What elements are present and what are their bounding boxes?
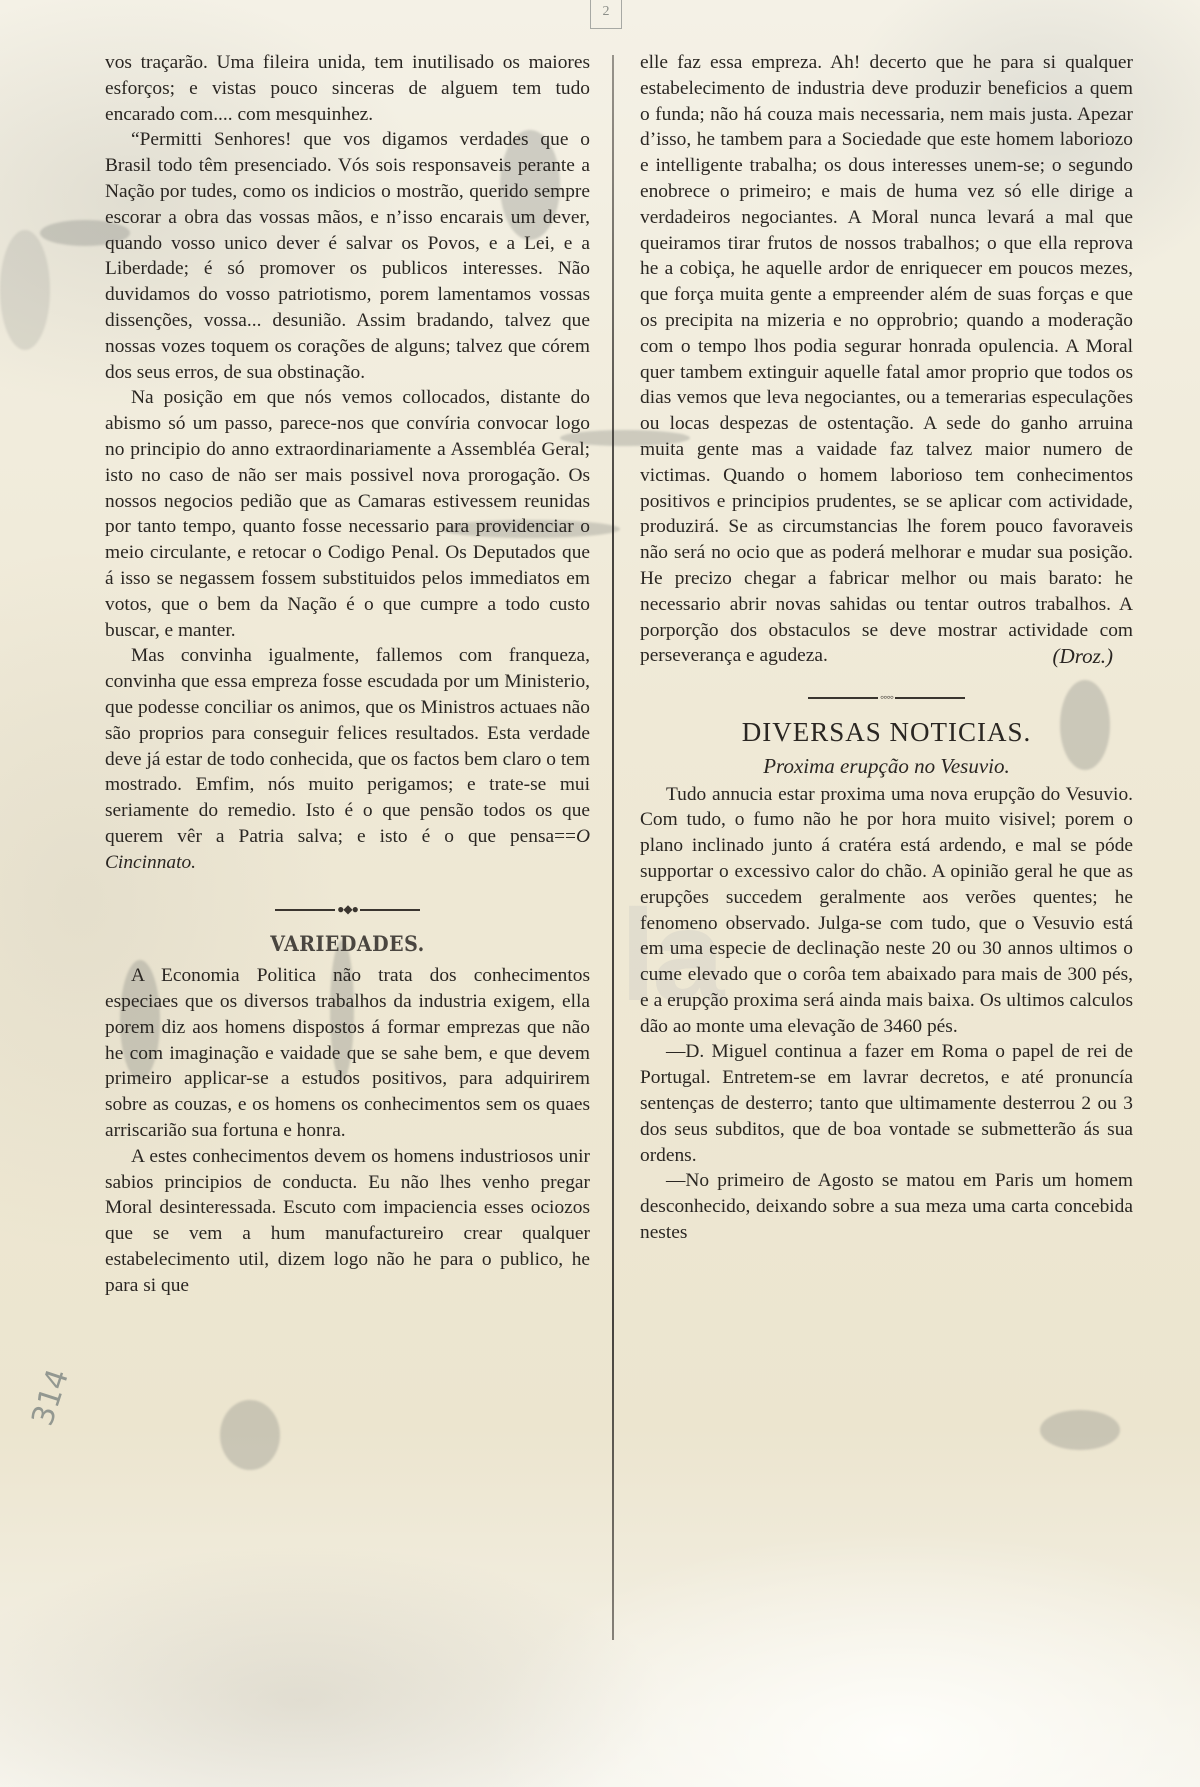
water-stain [0, 230, 50, 350]
section-title-variedades: VARIEDADES. [105, 930, 590, 960]
right-column: elle faz essa empreza. Ah! decerto que h… [640, 50, 1133, 1246]
newspaper-page: 2 la 314 vos traçarão. Uma fileira unida… [0, 0, 1200, 1787]
ornament-knot-icon: ◦◦◦◦ [878, 685, 895, 711]
paragraph-text: Mas convinha igualmente, fallemos com fr… [105, 645, 590, 847]
water-stain [1040, 1410, 1120, 1450]
rule-line [360, 909, 420, 911]
paragraph: “Permitti Senhores! que vos digamos verd… [105, 127, 590, 385]
rule-line [808, 697, 878, 699]
paragraph-with-signature: Mas convinha igualmente, fallemos com fr… [105, 643, 590, 875]
news-paragraph: —D. Miguel continua a fazer em Roma o pa… [640, 1039, 1133, 1168]
page-number: 2 [590, 0, 622, 29]
section-ornament: ◦◦◦◦ [640, 684, 1133, 712]
section-title-diversas-noticias: DIVERSAS NOTICIAS. [640, 720, 1133, 746]
paragraph: Na posição em que nós vemos collocados, … [105, 385, 590, 643]
article-subtitle: Proxima erupção no Vesuvio. [640, 754, 1133, 780]
section-ornament: ●◆● [105, 896, 590, 924]
left-column: vos traçarão. Uma fileira unida, tem inu… [105, 50, 590, 1299]
paragraph: vos traçarão. Uma fileira unida, tem inu… [105, 50, 590, 127]
rule-line [275, 909, 335, 911]
news-paragraph: —No primeiro de Agosto se matou em Paris… [640, 1168, 1133, 1245]
column-divider [612, 55, 614, 1640]
water-stain [220, 1400, 280, 1470]
margin-annotation: 314 [25, 1365, 76, 1430]
paragraph: A Economia Politica não trata dos conhec… [105, 963, 590, 1144]
news-paragraph: Tudo annucia estar proxima uma nova erup… [640, 782, 1133, 1040]
paragraph: A estes conhecimentos devem os homens in… [105, 1144, 590, 1299]
ornament-knot-icon: ●◆● [335, 897, 360, 923]
rule-line [895, 697, 965, 699]
paragraph: elle faz essa empreza. Ah! decerto que h… [640, 50, 1133, 669]
